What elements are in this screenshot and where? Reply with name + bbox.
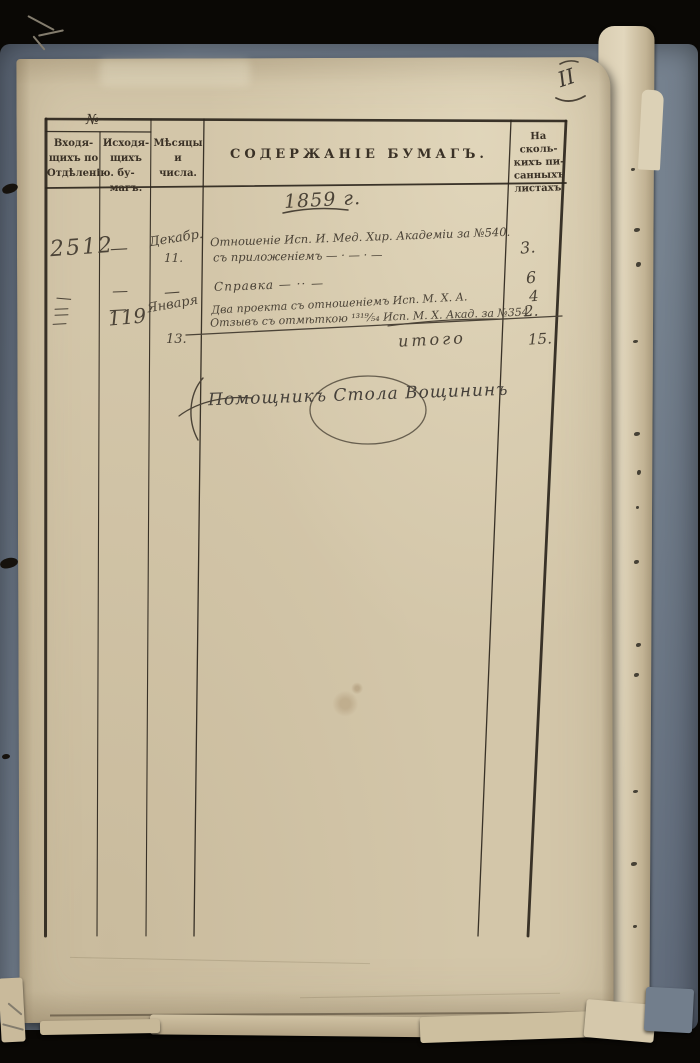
entry-outgoing-dash: — xyxy=(112,281,129,301)
no-symbol: № xyxy=(86,112,99,128)
entry-outgoing-dash: — xyxy=(109,238,128,260)
entry-sheet-count: 6 xyxy=(525,268,536,288)
underlying-page-corner xyxy=(638,89,664,170)
page-bottom-flap xyxy=(420,1011,601,1043)
column-header-outgoing: Исходя- щихъ бу- магъ. xyxy=(101,136,151,196)
year-heading: 1859 г. xyxy=(283,187,361,213)
binding-thread xyxy=(27,15,54,31)
entry-outgoing-number: 119 xyxy=(107,303,147,330)
entry-day: 13. xyxy=(166,332,187,347)
archival-scan: II № Входя- щихъ по Отдѣленію. Исходя- щ… xyxy=(0,0,700,1063)
total-value: 15. xyxy=(528,329,553,348)
column-header-sheets: На сколь- кихъ пи- санныхъ листахъ. xyxy=(510,129,568,195)
paper-light-patch xyxy=(100,60,250,86)
entry-content-line: съ приложеніемъ — · — · — xyxy=(213,248,383,265)
column-header-incoming: Входя- щихъ по Отдѣленію. xyxy=(47,136,100,181)
entry-incoming-number: 2512 xyxy=(49,233,115,262)
column-header-date: Мѣсяцы и числа. xyxy=(152,136,204,181)
column-header-content: СОДЕРЖАНІЕ БУМАГЪ. xyxy=(208,147,510,162)
page-bottom-flap xyxy=(40,1019,160,1035)
entry-incoming-dash: — xyxy=(52,314,68,333)
cover-corner-piece xyxy=(644,987,694,1033)
entry-sheet-count: 2. xyxy=(523,302,539,321)
total-label: итого xyxy=(398,328,467,351)
entry-sheet-count: 3. xyxy=(519,237,536,257)
binding-thread xyxy=(38,29,64,36)
page-corner-piece xyxy=(0,977,26,1042)
entry-day: 11. xyxy=(164,251,183,265)
